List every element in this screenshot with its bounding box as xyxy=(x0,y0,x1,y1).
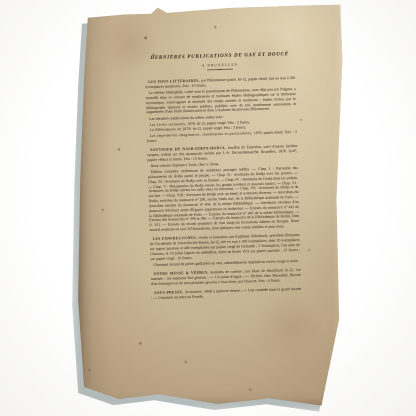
book-back-cover: DERNIÈRES PUBLICATIONS DE GAY ET DOUCÉ A… xyxy=(76,4,344,408)
entry-title: LES FANFRELUCHES, xyxy=(153,236,199,241)
header-rule xyxy=(207,69,233,72)
advert-paragraph: ENTRE MESSE & VÊPRES, matinées de carême… xyxy=(151,268,301,287)
entry-title: Les Livres cartonnés, xyxy=(149,122,187,127)
publisher-advert-page: DERNIÈRES PUBLICATIONS DE GAY ET DOUCÉ A… xyxy=(145,52,302,302)
entry-title: LES FOUS LITTÉRAIRES, xyxy=(148,79,201,84)
entry-title: SOUS PRESSE. xyxy=(154,290,185,295)
entry-title: SOTTISIER DE NASR-EDDIN-HODJA, xyxy=(150,146,228,152)
advert-paragraph: LES FANFRELUCHES, contes et fantaisies, … xyxy=(150,233,301,261)
advert-paragraph: Le célèbre bibliophile, caché sous le ps… xyxy=(146,87,297,115)
entry-title: ENTRE MESSE & VÊPRES, xyxy=(154,270,211,276)
advert-header-city: A BRUXELLES xyxy=(145,61,295,69)
advert-paragraph: Édition complète, renfermant de nombreux… xyxy=(148,166,300,233)
photo-backdrop: DERNIÈRES PUBLICATIONS DE GAY ET DOUCÉ A… xyxy=(0,0,416,416)
entry-title: La Bibliomanie en 1878. xyxy=(150,127,193,132)
advert-paragraphs: LES FOUS LITTÉRAIRES, par Philomneste ju… xyxy=(145,76,301,301)
advert-paragraph: SOUS PRESSE. 2e matinée : Midi à quatorz… xyxy=(151,287,301,301)
